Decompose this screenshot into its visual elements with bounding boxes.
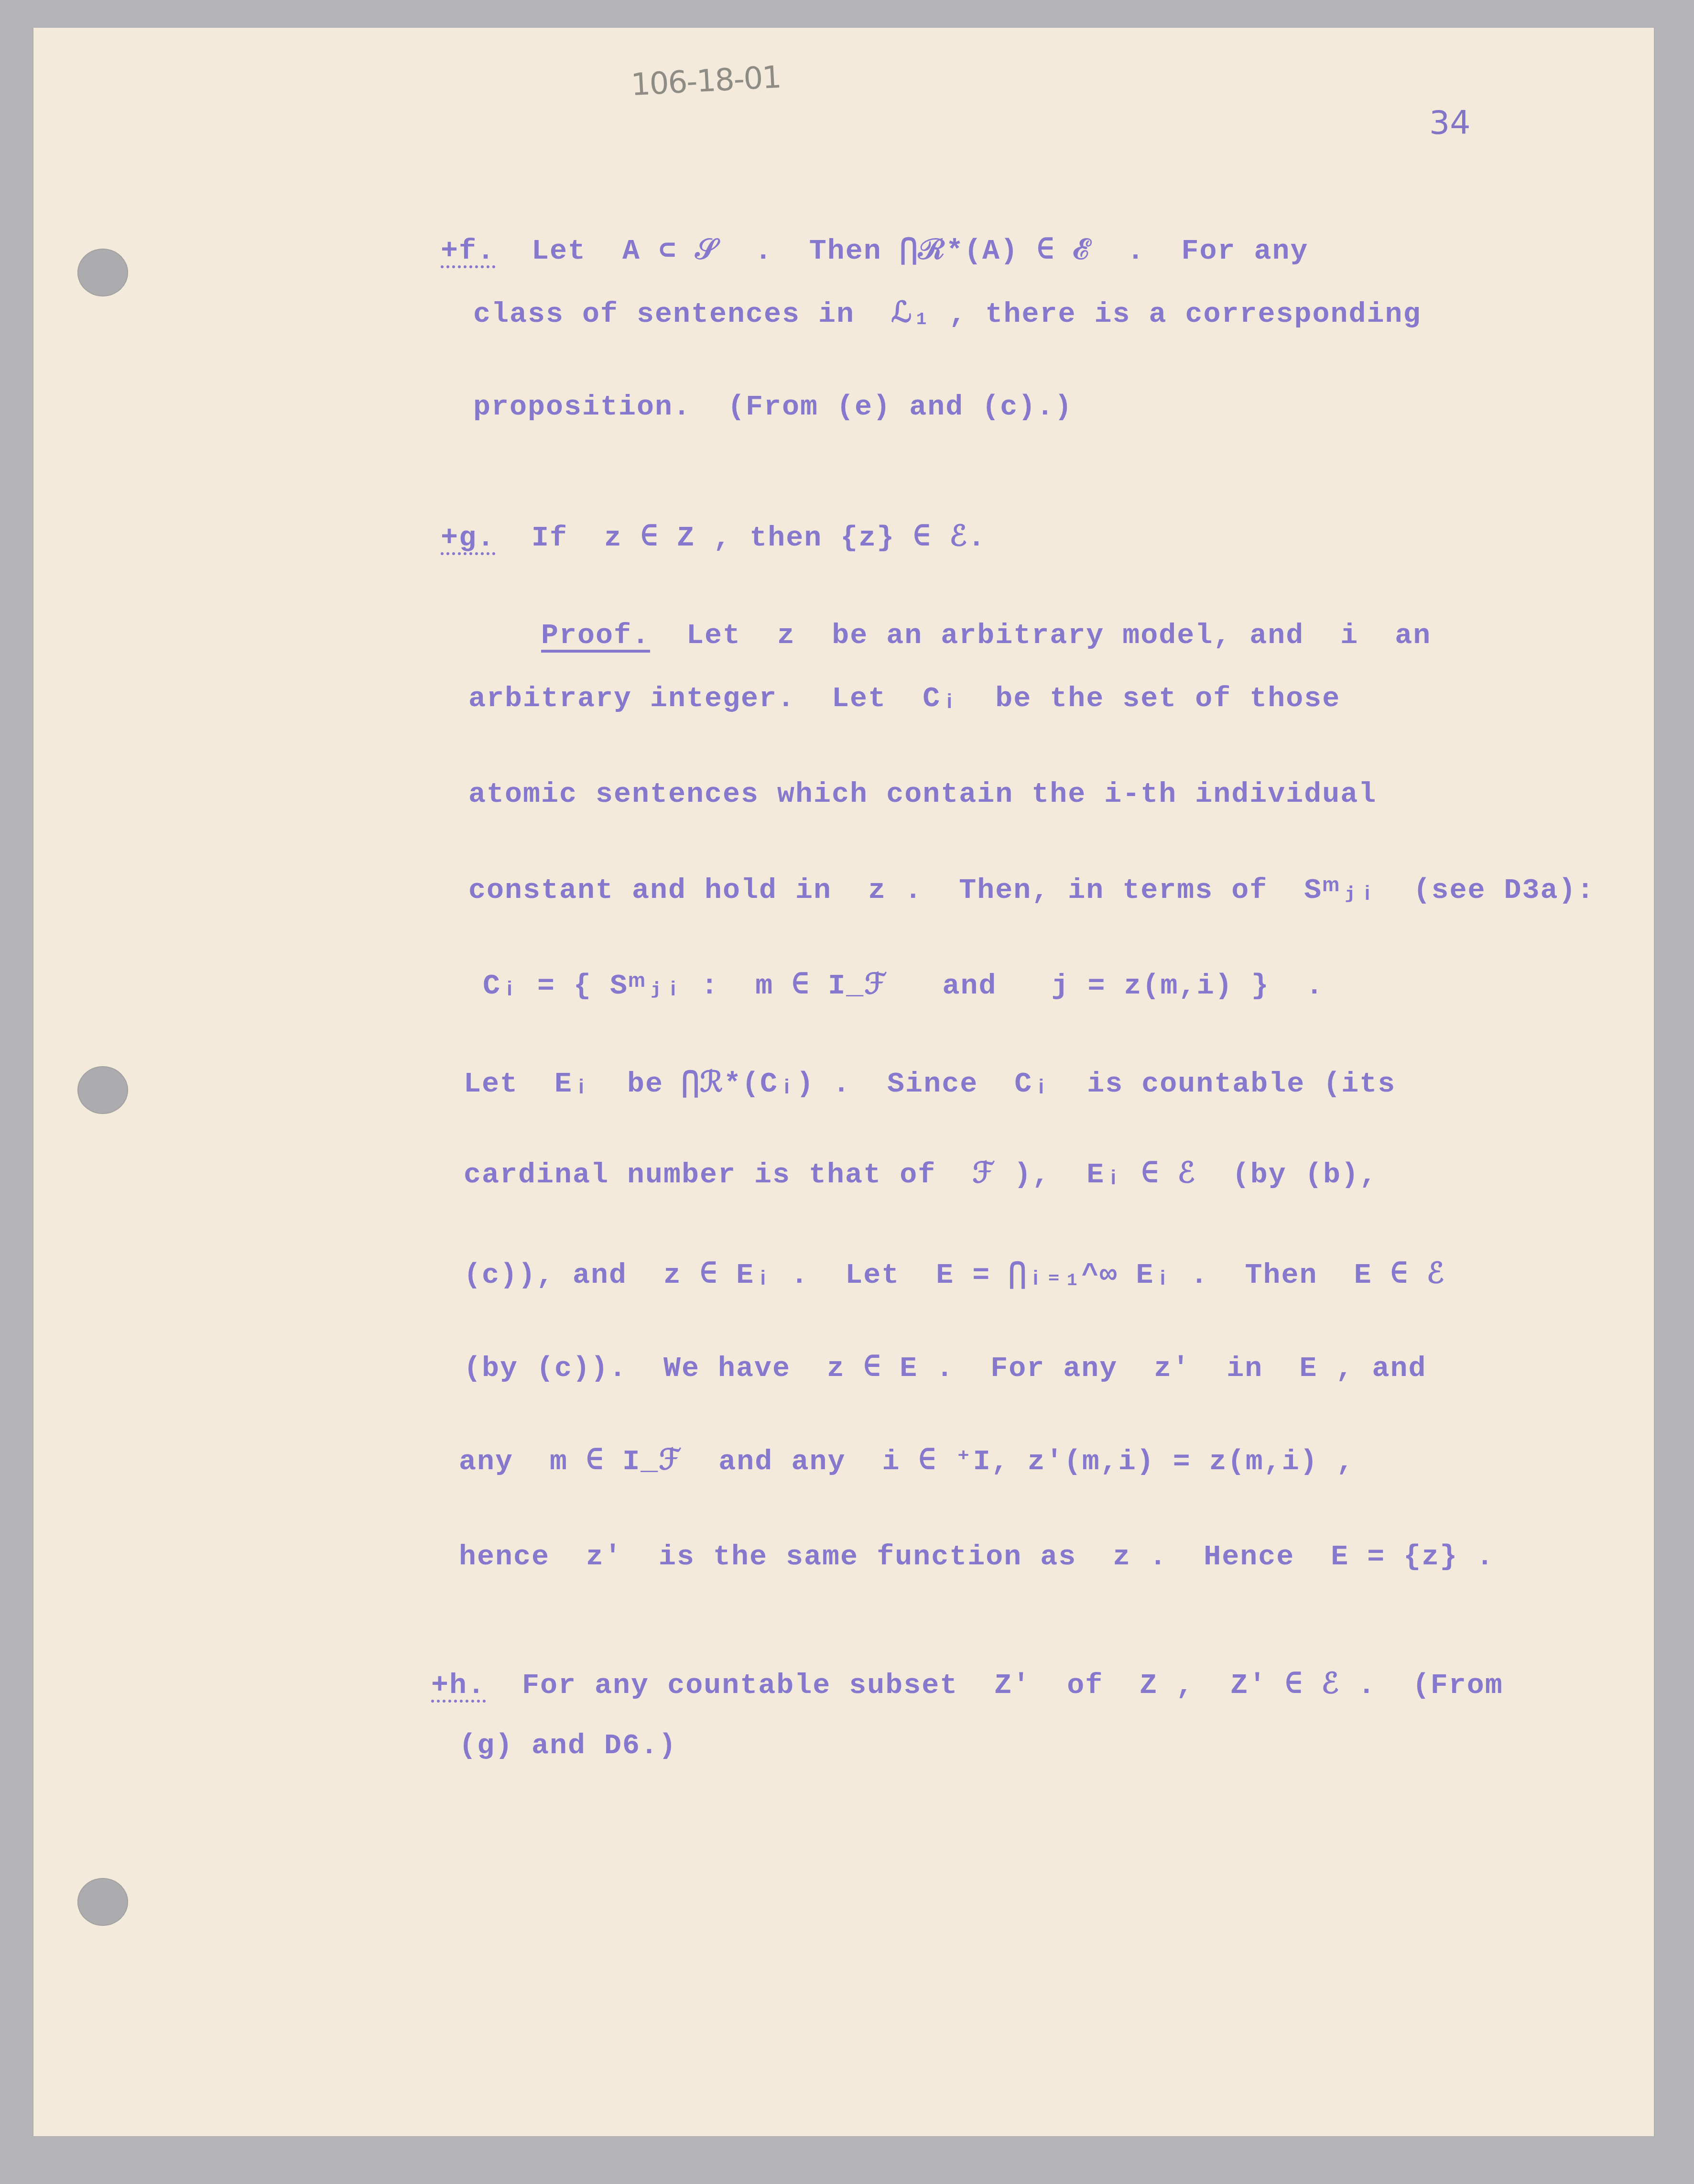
punch-hole [77, 249, 128, 296]
archive-number: 106-18-01 [630, 60, 782, 103]
paragraph-h-line-2: (g) and D6.) [459, 1730, 677, 1762]
page-number: 34 [1429, 104, 1471, 142]
proof-line-10: any m ∈ I_ℱ and any i ∈ ⁺I, z'(m,i) = z(… [459, 1443, 1355, 1478]
paragraph-f-line-3: proposition. (From (e) and (c).) [473, 391, 1073, 424]
proof-line-5-set-definition: Cᵢ = { Sᵐⱼᵢ : m ∈ I_ℱ and j = z(m,i) } . [483, 967, 1324, 1003]
paragraph-label-f: +f. [441, 235, 495, 268]
paragraph-label-h: +h. [431, 1670, 486, 1702]
proof-line-4: constant and hold in z . Then, in terms … [468, 872, 1595, 907]
paragraph-text: Let A ⊂ 𝒮 . Then ⋂ℛ*(A) ∈ ℰ . For any [532, 235, 1308, 268]
paragraph-label-g: +g. [441, 522, 495, 555]
paragraph-h-line-1: +h. For any countable subset Z' of Z , Z… [358, 1634, 1503, 1735]
proof-line-11: hence z' is the same function as z . Hen… [459, 1541, 1494, 1573]
punch-hole [77, 1066, 128, 1114]
paragraph-text: If z ∈ Z , then {z} ∈ ℰ. [532, 522, 986, 555]
proof-label: Proof. [541, 620, 650, 652]
paragraph-f-line-1: +f. Let A ⊂ 𝒮 . Then ⋂ℛ*(A) ∈ ℰ . For an… [368, 200, 1309, 300]
proof-line-6: Let Eᵢ be ⋂ℛ*(Cᵢ) . Since Cᵢ is countabl… [464, 1065, 1396, 1101]
paragraph-text: Let z be an arbitrary model, and i an [686, 620, 1431, 652]
proof-line-3: atomic sentences which contain the i-th … [468, 778, 1377, 811]
proof-line-1: Proof. Let z be an arbitrary model, and … [468, 587, 1431, 685]
proof-line-9: (by (c)). We have z ∈ E . For any z' in … [464, 1350, 1426, 1385]
paragraph-f-line-2: class of sentences in ℒ₁ , there is a co… [473, 295, 1422, 331]
typed-manuscript-page: 106-18-01 34 +f. Let A ⊂ 𝒮 . Then ⋂ℛ*(A)… [33, 28, 1654, 2136]
paragraph-text: For any countable subset Z' of Z , Z' ∈ … [522, 1670, 1503, 1702]
punch-hole [77, 1878, 128, 1926]
proof-line-2: arbitrary integer. Let Cᵢ be the set of … [468, 683, 1340, 715]
paragraph-g-statement: +g. If z ∈ Z , then {z} ∈ ℰ. [368, 487, 986, 587]
proof-line-8: (c)), and z ∈ Eᵢ . Let E = ⋂ᵢ₌₁^∞ Eᵢ . T… [464, 1256, 1445, 1292]
proof-line-7: cardinal number is that of ℱ ), Eᵢ ∈ ℰ (… [464, 1156, 1378, 1191]
